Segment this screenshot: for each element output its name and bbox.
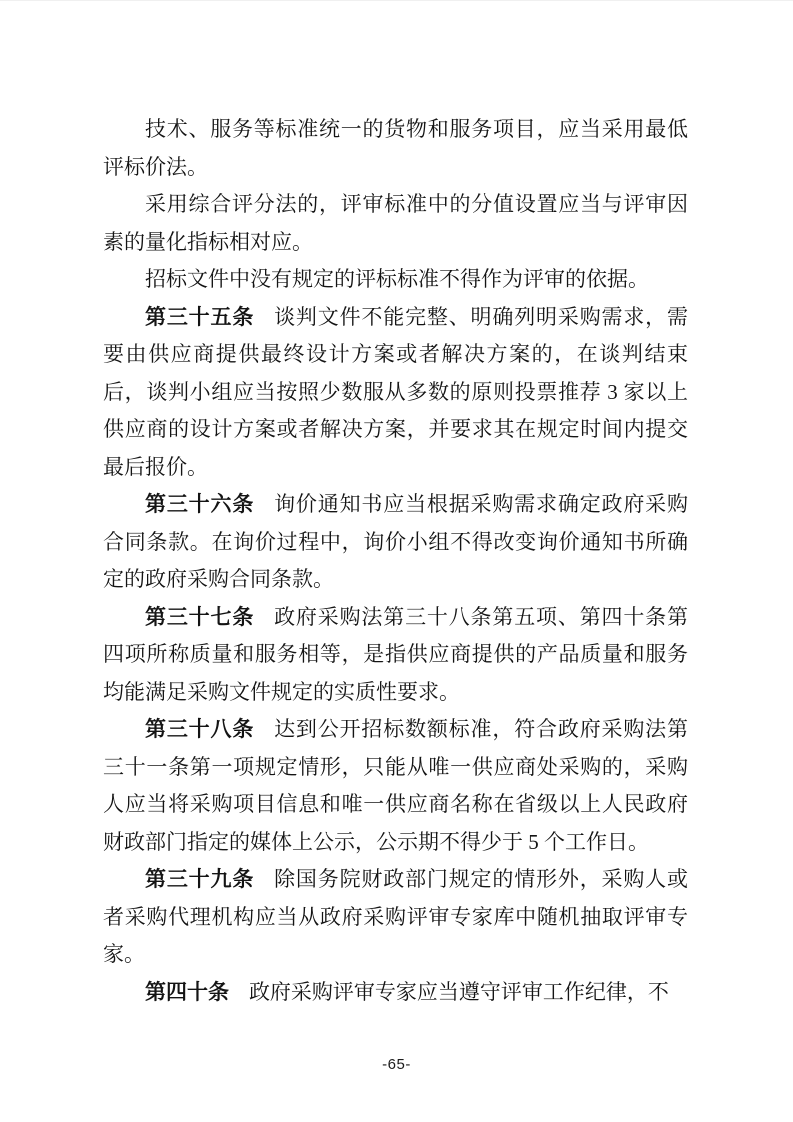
paragraph: 第三十八条达到公开招标数额标准，符合政府采购法第三十一条第一项规定情形，只能从唯… bbox=[103, 711, 688, 861]
document-page: { "page": { "number_label": "-65-" }, "d… bbox=[0, 0, 793, 1122]
paragraph-text: 采用综合评分法的，评审标准中的分值设置应当与评审因素的量化指标相对应。 bbox=[103, 192, 688, 254]
paragraph-text: 政府采购评审专家应当遵守评审工作纪律，不 bbox=[249, 980, 669, 1004]
paragraph: 招标文件中没有规定的评标标准不得作为评审的依据。 bbox=[103, 261, 688, 299]
paragraph: 第三十九条除国务院财政部门规定的情形外，采购人或者采购代理机构应当从政府采购评审… bbox=[103, 861, 688, 974]
article-number: 第三十七条 bbox=[145, 605, 254, 629]
paragraph: 第三十五条谈判文件不能完整、明确列明采购需求，需要由供应商提供最终设计方案或者解… bbox=[103, 299, 688, 487]
paragraph: 技术、服务等标准统一的货物和服务项目，应当采用最低评标价法。 bbox=[103, 111, 688, 186]
page-sheet: 技术、服务等标准统一的货物和服务项目，应当采用最低评标价法。 采用综合评分法的，… bbox=[0, 0, 793, 1122]
page-number: -65- bbox=[382, 1056, 411, 1073]
article-number: 第三十九条 bbox=[145, 867, 254, 891]
document-text: 技术、服务等标准统一的货物和服务项目，应当采用最低评标价法。 采用综合评分法的，… bbox=[103, 111, 688, 1011]
page-footer: -65- bbox=[0, 1056, 793, 1074]
paragraph: 第三十六条询价通知书应当根据采购需求确定政府采购合同条款。在询价过程中，询价小组… bbox=[103, 486, 688, 599]
article-number: 第三十八条 bbox=[145, 717, 254, 741]
paragraph: 第四十条政府采购评审专家应当遵守评审工作纪律，不 bbox=[103, 974, 688, 1012]
paragraph-text: 技术、服务等标准统一的货物和服务项目，应当采用最低评标价法。 bbox=[103, 117, 688, 179]
paragraph-text: 招标文件中没有规定的评标标准不得作为评审的依据。 bbox=[145, 267, 649, 291]
paragraph-text: 谈判文件不能完整、明确列明采购需求，需要由供应商提供最终设计方案或者解决方案的，… bbox=[103, 305, 688, 479]
article-number: 第四十条 bbox=[145, 980, 229, 1004]
article-number: 第三十六条 bbox=[145, 492, 254, 516]
paragraph: 第三十七条政府采购法第三十八条第五项、第四十条第四项所称质量和服务相等，是指供应… bbox=[103, 599, 688, 712]
paragraph: 采用综合评分法的，评审标准中的分值设置应当与评审因素的量化指标相对应。 bbox=[103, 186, 688, 261]
article-number: 第三十五条 bbox=[145, 305, 254, 329]
